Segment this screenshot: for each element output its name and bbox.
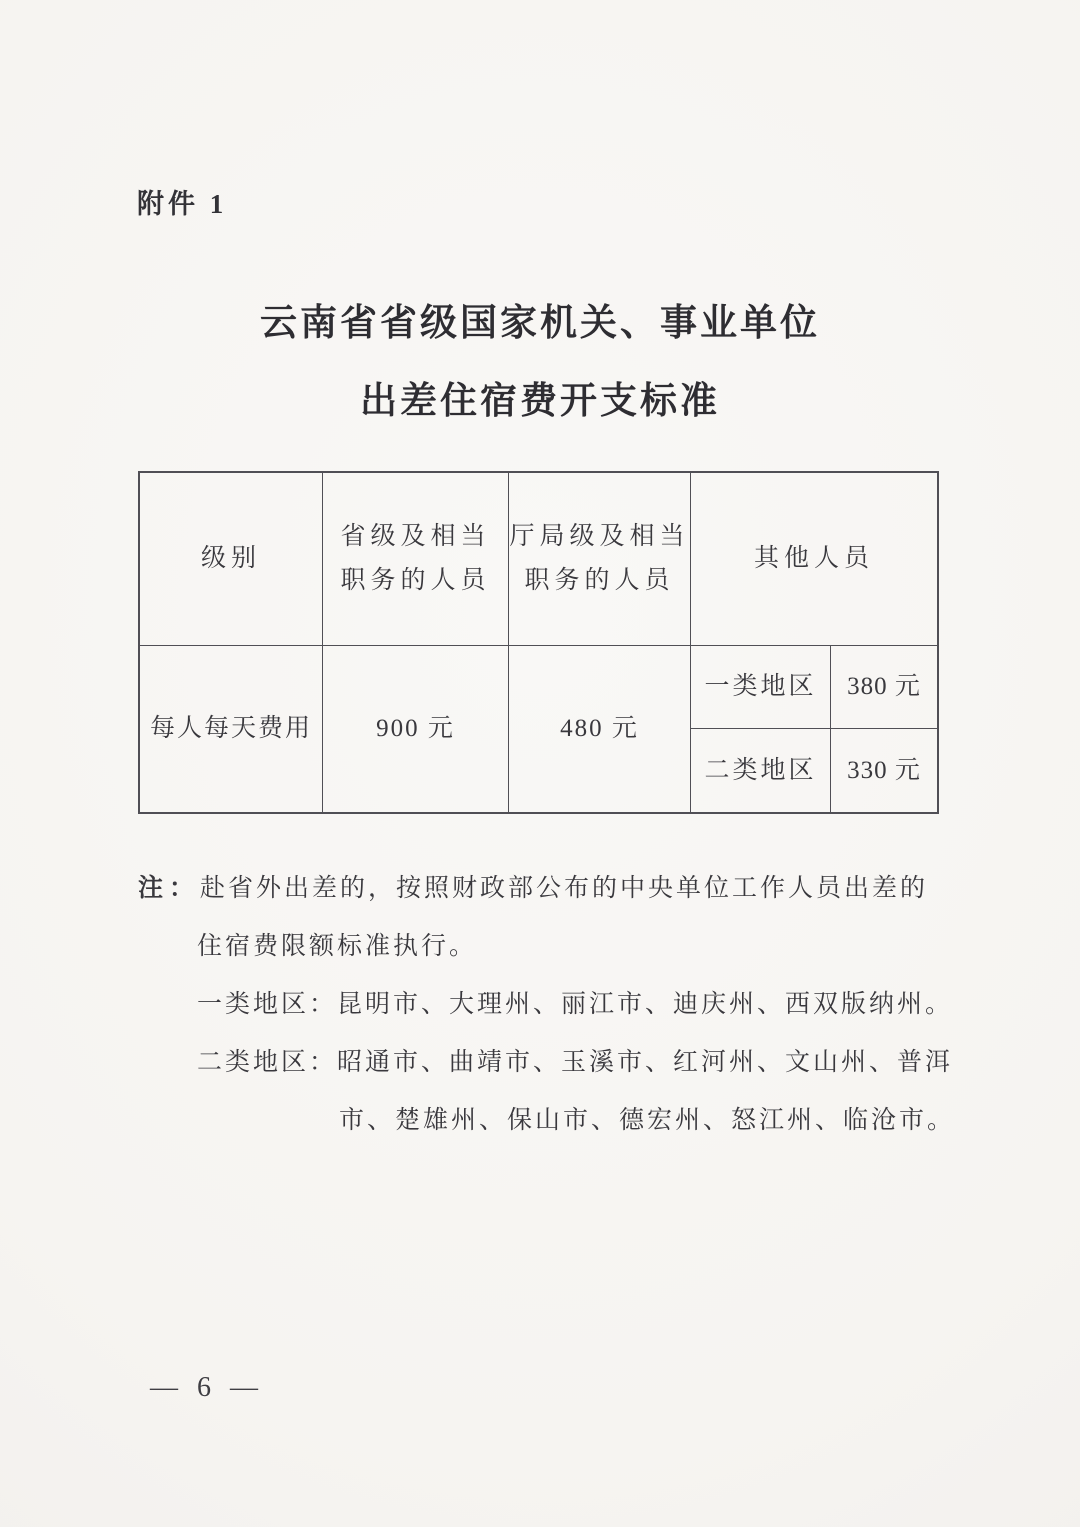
header-provincial-line2: 职务的人员 — [340, 559, 490, 603]
region2-note-line1-text: 二类地区：昭通市、曲靖市、玉溪市、红河州、文山州、普洱 — [197, 1046, 953, 1080]
region2-note-line-2: 市、楚雄州、保山市、德宏州、怒江州、临沧市。 — [138, 1098, 958, 1156]
row-label-text: 每人每天费用 — [150, 707, 312, 751]
region1-label-text: 一类地区 — [704, 665, 816, 709]
header-level-text: 级别 — [201, 537, 261, 581]
region2-note-line2-text: 市、楚雄州、保山市、德宏州、怒江州、临沧市。 — [339, 1104, 955, 1138]
body-cell-row-label: 每人每天费用 — [140, 646, 323, 812]
attachment-label: 附件 1 — [137, 182, 227, 221]
body-cell-region1-value: 380 元 — [831, 646, 937, 729]
header-provincial-line1: 省级及相当 — [340, 515, 490, 559]
region1-note-text: 一类地区：昆明市、大理州、丽江市、迪庆州、西双版纳州。 — [197, 988, 953, 1022]
fee-standard-table: 级别 省级及相当 职务的人员 厅局级及相当 职务的人员 其他人员 每人每天费用 … — [138, 471, 939, 814]
notes-section: 注： 赴省外出差的，按照财政部公布的中央单位工作人员出差的 住宿费限额标准执行。… — [138, 866, 958, 1156]
header-bureau-line1: 厅局级及相当 — [509, 515, 689, 559]
title-line-1: 云南省省级国家机关、事业单位 — [0, 300, 1080, 348]
body-cell-bureau-value: 480 元 — [509, 646, 691, 812]
region1-value-text: 380 元 — [847, 665, 921, 709]
note-line1-text: 赴省外出差的，按照财政部公布的中央单位工作人员出差的 — [200, 872, 928, 906]
header-cell-provincial: 省级及相当 职务的人员 — [323, 473, 509, 646]
note-line-1: 注： 赴省外出差的，按照财政部公布的中央单位工作人员出差的 — [138, 866, 958, 924]
header-cell-level: 级别 — [140, 473, 323, 646]
body-cell-region1-label: 一类地区 — [691, 646, 831, 729]
note-line-2: 住宿费限额标准执行。 — [138, 924, 958, 982]
bureau-value-text: 480 元 — [560, 707, 639, 751]
document-page: 附件 1 云南省省级国家机关、事业单位 出差住宿费开支标准 级别 省级及相当 职… — [0, 0, 1080, 1527]
body-cell-region2-value: 330 元 — [831, 729, 937, 812]
region2-label-text: 二类地区 — [704, 749, 816, 793]
header-cell-other: 其他人员 — [691, 473, 937, 646]
body-cell-region2-label: 二类地区 — [691, 729, 831, 812]
header-other-text: 其他人员 — [754, 537, 874, 581]
body-cell-provincial-value: 900 元 — [323, 646, 509, 812]
provincial-value-text: 900 元 — [376, 707, 455, 751]
region2-note-line-1: 二类地区：昭通市、曲靖市、玉溪市、红河州、文山州、普洱 — [138, 1040, 958, 1098]
document-title: 云南省省级国家机关、事业单位 出差住宿费开支标准 — [0, 300, 1080, 426]
header-cell-bureau: 厅局级及相当 职务的人员 — [509, 473, 691, 646]
note-label: 注： — [138, 872, 200, 906]
region2-value-text: 330 元 — [847, 749, 921, 793]
page-number: — 6 — — [150, 1372, 264, 1404]
region1-note-line: 一类地区：昆明市、大理州、丽江市、迪庆州、西双版纳州。 — [138, 982, 958, 1040]
note-line2-text: 住宿费限额标准执行。 — [197, 930, 477, 964]
title-line-2: 出差住宿费开支标准 — [0, 378, 1080, 426]
header-bureau-line2: 职务的人员 — [524, 559, 674, 603]
